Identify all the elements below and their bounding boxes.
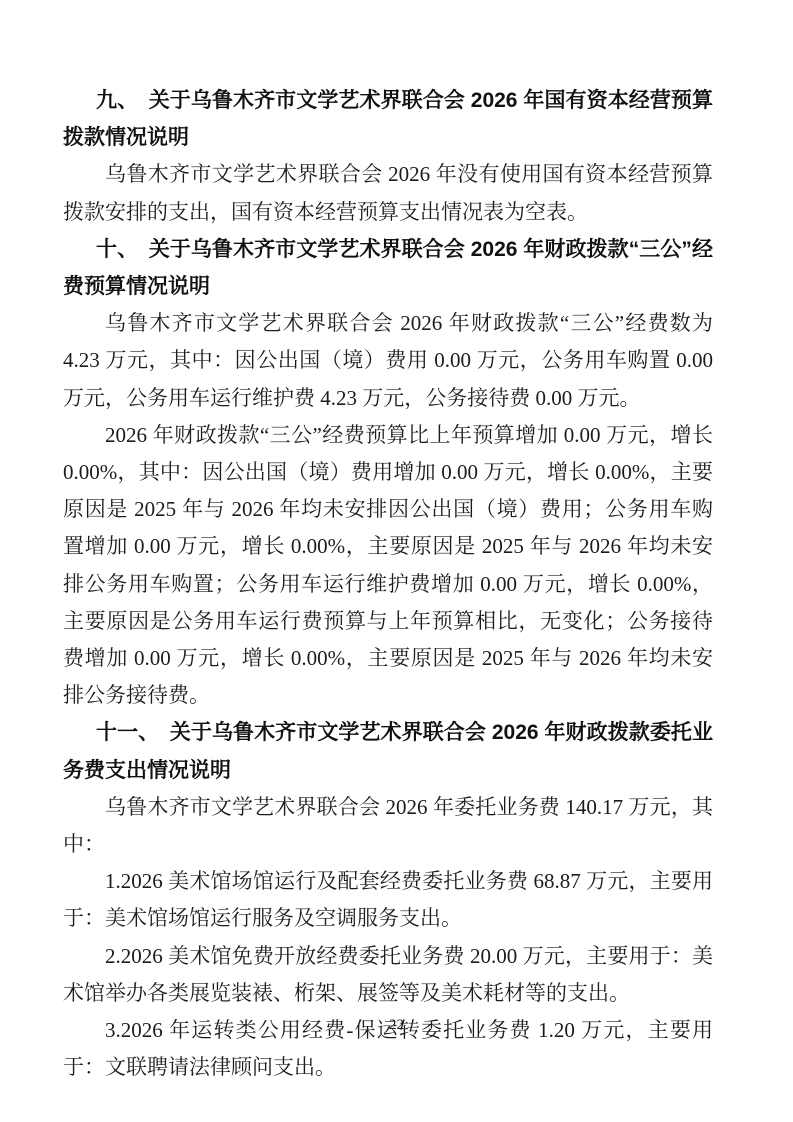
- paragraph: 2026 年财政拨款“三公”经费预算比上年预算增加 0.00 万元，增长 0.0…: [63, 417, 713, 715]
- paragraph: 乌鲁木齐市文学艺术界联合会 2026 年委托业务费 140.17 万元，其中：: [63, 789, 713, 863]
- paragraph: 乌鲁木齐市文学艺术界联合会 2026 年没有使用国有资本经营预算拨款安排的支出，…: [63, 156, 713, 230]
- page-number: 22: [0, 1017, 793, 1034]
- document-body: 九、 关于乌鲁木齐市文学艺术界联合会 2026 年国有资本经营预算拨款情况说明乌…: [63, 82, 713, 1086]
- paragraph: 2.2026 美术馆免费开放经费委托业务费 20.00 万元，主要用于：美术馆举…: [63, 938, 713, 1012]
- paragraph: 1.2026 美术馆场馆运行及配套经费委托业务费 68.87 万元，主要用于：美…: [63, 863, 713, 937]
- section-heading: 十、 关于乌鲁木齐市文学艺术界联合会 2026 年财政拨款“三公”经费预算情况说…: [63, 231, 713, 305]
- section-heading: 九、 关于乌鲁木齐市文学艺术界联合会 2026 年国有资本经营预算拨款情况说明: [63, 82, 713, 156]
- document-page: 九、 关于乌鲁木齐市文学艺术界联合会 2026 年国有资本经营预算拨款情况说明乌…: [0, 0, 793, 1122]
- paragraph: 乌鲁木齐市文学艺术界联合会 2026 年财政拨款“三公”经费数为 4.23 万元…: [63, 305, 713, 417]
- section-heading: 十一、 关于乌鲁木齐市文学艺术界联合会 2026 年财政拨款委托业务费支出情况说…: [63, 714, 713, 788]
